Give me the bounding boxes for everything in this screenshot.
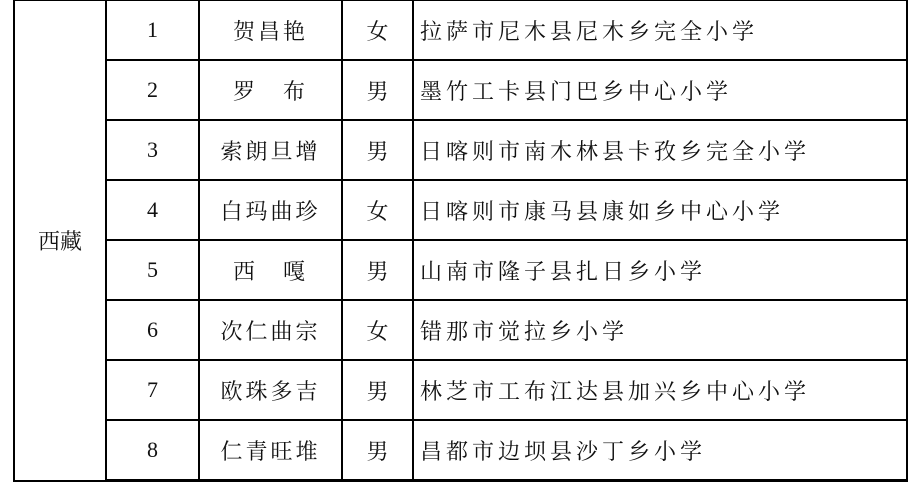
- table-row: 6 次仁曲宗 女 错那市觉拉乡小学: [14, 300, 907, 360]
- number-cell: 1: [106, 0, 199, 60]
- name-cell: 白玛曲珍: [199, 180, 342, 240]
- name-cell: 西 嘎: [199, 240, 342, 300]
- number-cell: 6: [106, 300, 199, 360]
- gender-cell: 男: [342, 60, 413, 120]
- table-row: 5 西 嘎 男 山南市隆子县扎日乡小学: [14, 240, 907, 300]
- table-row: 西藏 1 贺昌艳 女 拉萨市尼木县尼木乡完全小学: [14, 0, 907, 60]
- number-cell: 8: [106, 420, 199, 481]
- gender-cell: 女: [342, 180, 413, 240]
- gender-cell: 男: [342, 420, 413, 481]
- school-cell: 山南市隆子县扎日乡小学: [413, 240, 907, 300]
- number-cell: 2: [106, 60, 199, 120]
- name-cell: 索朗旦增: [199, 120, 342, 180]
- number-cell: 7: [106, 360, 199, 420]
- table-row: 4 白玛曲珍 女 日喀则市康马县康如乡中心小学: [14, 180, 907, 240]
- gender-cell: 男: [342, 120, 413, 180]
- gender-cell: 男: [342, 240, 413, 300]
- gender-cell: 女: [342, 300, 413, 360]
- name-cell: 次仁曲宗: [199, 300, 342, 360]
- region-cell: 西藏: [14, 0, 106, 481]
- school-cell: 日喀则市南木林县卡孜乡完全小学: [413, 120, 907, 180]
- school-cell: 拉萨市尼木县尼木乡完全小学: [413, 0, 907, 60]
- name-cell: 贺昌艳: [199, 0, 342, 60]
- number-cell: 4: [106, 180, 199, 240]
- school-cell: 林芝市工布江达县加兴乡中心小学: [413, 360, 907, 420]
- table-row: 8 仁青旺堆 男 昌都市边坝县沙丁乡小学: [14, 420, 907, 481]
- teacher-table: 西藏 1 贺昌艳 女 拉萨市尼木县尼木乡完全小学 2 罗 布 男 墨竹工卡县门巴…: [13, 0, 908, 482]
- gender-cell: 女: [342, 0, 413, 60]
- school-cell: 错那市觉拉乡小学: [413, 300, 907, 360]
- table-row: 3 索朗旦增 男 日喀则市南木林县卡孜乡完全小学: [14, 120, 907, 180]
- school-cell: 墨竹工卡县门巴乡中心小学: [413, 60, 907, 120]
- name-cell: 罗 布: [199, 60, 342, 120]
- number-cell: 3: [106, 120, 199, 180]
- name-cell: 仁青旺堆: [199, 420, 342, 481]
- name-cell: 欧珠多吉: [199, 360, 342, 420]
- gender-cell: 男: [342, 360, 413, 420]
- table-row: 7 欧珠多吉 男 林芝市工布江达县加兴乡中心小学: [14, 360, 907, 420]
- number-cell: 5: [106, 240, 199, 300]
- table-row: 2 罗 布 男 墨竹工卡县门巴乡中心小学: [14, 60, 907, 120]
- school-cell: 昌都市边坝县沙丁乡小学: [413, 420, 907, 481]
- school-cell: 日喀则市康马县康如乡中心小学: [413, 180, 907, 240]
